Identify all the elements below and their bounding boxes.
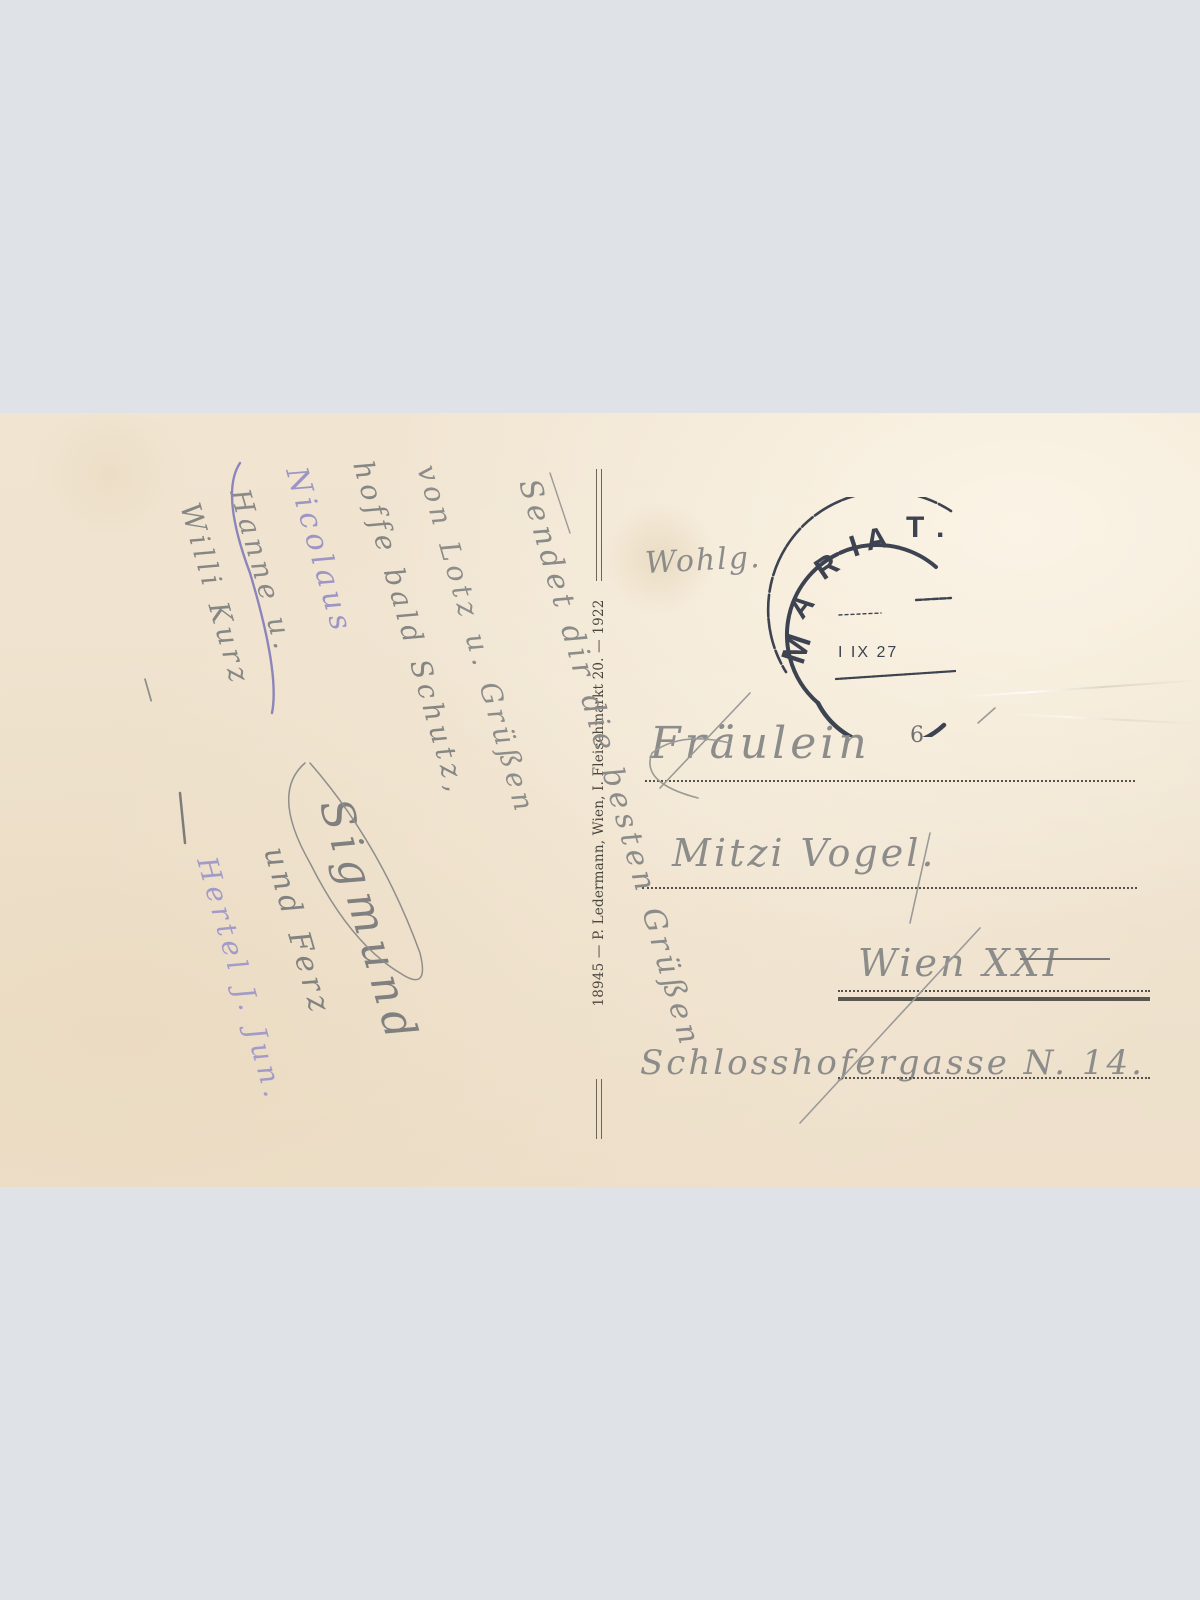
postmark-stamp: M A R I A T . I IX 27 [766,497,956,737]
paper-crease [1010,713,1200,725]
svg-text:.: . [936,511,944,544]
svg-text:A: A [863,521,890,557]
svg-text:I: I [845,530,863,564]
signature: und Ferz [256,843,338,1020]
address-line [838,990,1150,992]
postmark-numeral: 6 [910,723,926,748]
address-title: Fräulein [650,718,871,769]
svg-text:A: A [782,588,821,625]
postmark-letter: M [774,630,819,669]
address-name: Mitzi Vogel. [672,831,936,875]
svg-text:I IX 27: I IX 27 [838,644,898,661]
address-line [645,780,1135,782]
address-line [642,887,1137,889]
paper-crease [960,679,1200,698]
svg-text:R: R [809,547,846,587]
postcard: 18945 — P. Ledermann, Wien, I. Fleischma… [0,413,1200,1187]
address-line-heavy [838,997,1150,1001]
district-overline [1020,958,1110,960]
message-line: — [131,673,168,711]
address-line [838,1077,1150,1079]
paper-stain [20,413,200,533]
address-prefix: Wohlg. [644,540,762,581]
svg-text:T: T [906,511,924,544]
address-city: Wien XXI [858,941,1061,985]
